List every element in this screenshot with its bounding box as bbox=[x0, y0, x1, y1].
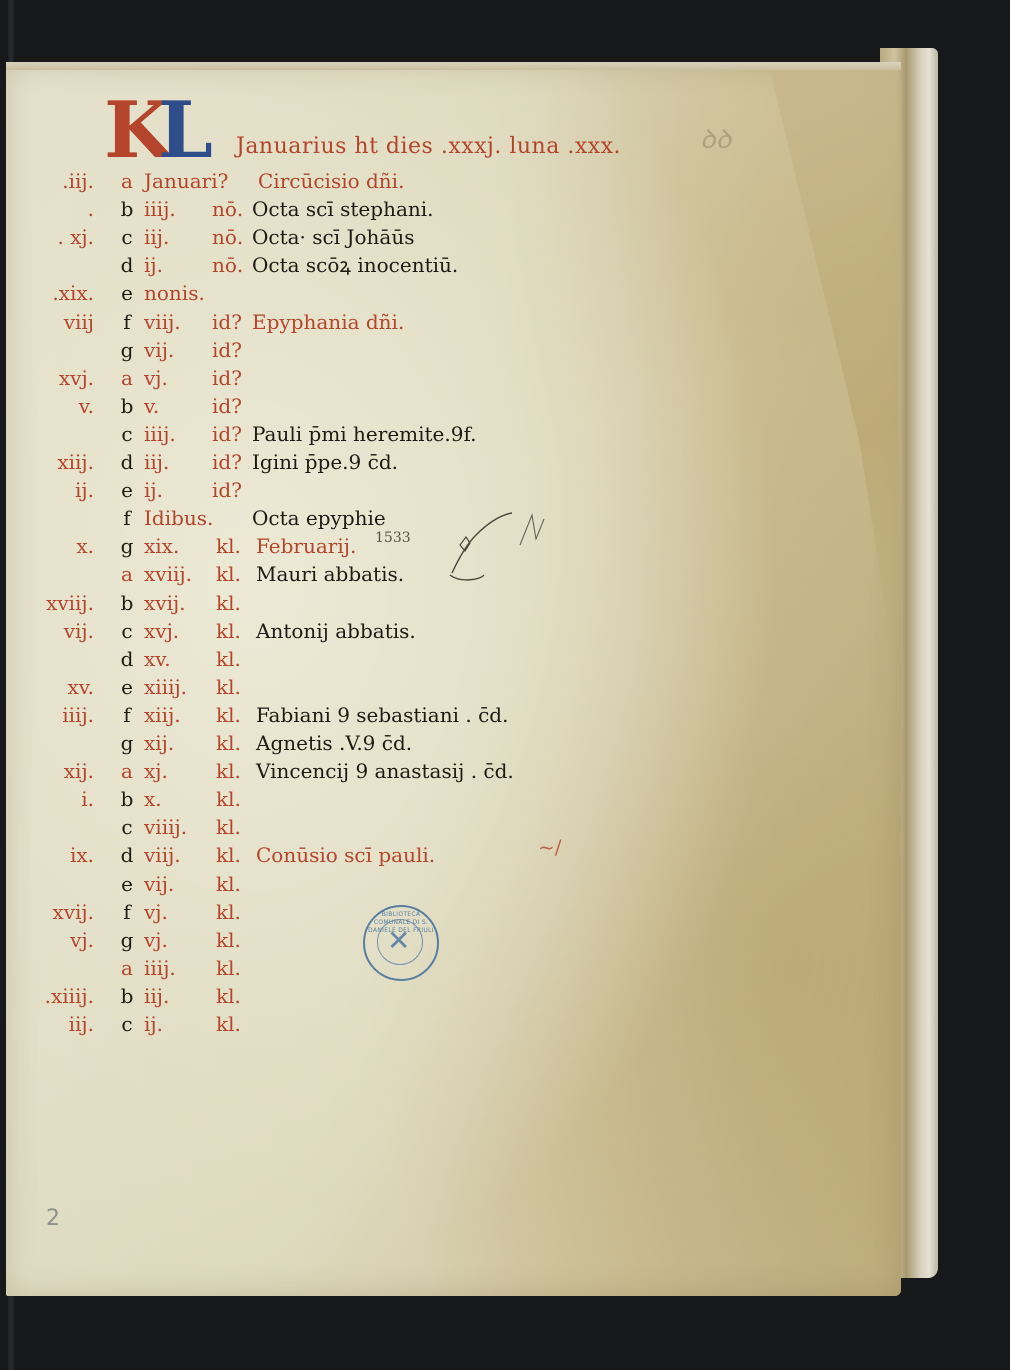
reckoning-term: nō. bbox=[212, 223, 243, 251]
margin-note-date: 1533 bbox=[375, 530, 411, 546]
golden-number: xvj. bbox=[20, 364, 94, 392]
feast-entry: Antonij abbatis. bbox=[256, 617, 416, 645]
golden-number: xv. bbox=[20, 673, 94, 701]
dominical-letter: d bbox=[118, 448, 136, 476]
roman-day: xiiij. bbox=[144, 673, 187, 701]
golden-number: iiij. bbox=[20, 701, 94, 729]
roman-day: xv. bbox=[144, 645, 171, 673]
roman-day: ij. bbox=[144, 251, 163, 279]
roman-day: xviij. bbox=[144, 560, 192, 588]
roman-day: vj. bbox=[144, 364, 168, 392]
reckoning-term: kl. bbox=[216, 1010, 241, 1038]
calendar-row: . xj.ciij.nō.Octa· scī Johāūs bbox=[0, 223, 700, 251]
calendar-row: gvij.id? bbox=[0, 336, 700, 364]
reckoning-term: id? bbox=[212, 392, 242, 420]
reckoning-term: kl. bbox=[216, 954, 241, 982]
dominical-letter: b bbox=[118, 195, 136, 223]
reckoning-term: kl. bbox=[216, 982, 241, 1010]
golden-number: viij bbox=[20, 308, 94, 336]
dominical-letter: e bbox=[118, 476, 136, 504]
roman-day: iiij. bbox=[144, 195, 176, 223]
reckoning-term: id? bbox=[212, 476, 242, 504]
calendar-row: ix.dviij.kl.Conūsio scī pauli. bbox=[0, 841, 700, 869]
dominical-letter: b bbox=[118, 392, 136, 420]
calendar-row: dxv.kl. bbox=[0, 645, 700, 673]
calendar-row: ciiij.id?Pauli p̄mi heremite.9f. bbox=[0, 420, 700, 448]
dominical-letter: a bbox=[118, 364, 136, 392]
roman-day: iij. bbox=[144, 223, 169, 251]
reckoning-term: id? bbox=[212, 364, 242, 392]
calendar-row: .xiiij.biij.kl. bbox=[0, 982, 700, 1010]
reckoning-term: id? bbox=[212, 448, 242, 476]
reckoning-term: kl. bbox=[216, 589, 241, 617]
roman-day: vij. bbox=[144, 336, 174, 364]
dominical-letter: c bbox=[118, 420, 136, 448]
dominical-letter: d bbox=[118, 645, 136, 673]
golden-number: .xix. bbox=[20, 279, 94, 307]
dominical-letter: b bbox=[118, 785, 136, 813]
calendar-row: evij.kl. bbox=[0, 870, 700, 898]
golden-number: i. bbox=[20, 785, 94, 813]
month-heading: Januarius ht dies .xxxj. luna .xxx. bbox=[236, 134, 621, 159]
calendar-row: cviiij.kl. bbox=[0, 813, 700, 841]
golden-number: xviij. bbox=[20, 589, 94, 617]
reckoning-term: kl. bbox=[216, 926, 241, 954]
dominical-letter: f bbox=[118, 701, 136, 729]
calendar-row: viijfviij.id?Epyphania dñi. bbox=[0, 308, 700, 336]
golden-number: .iij. bbox=[20, 167, 94, 195]
calendar-row: xij.axj.kl.Vincencij 9 anastasij . c̄d. bbox=[0, 757, 700, 785]
golden-number: ij. bbox=[20, 476, 94, 504]
dominical-letter: a bbox=[118, 560, 136, 588]
calendar-row: iiij.fxiij.kl.Fabiani 9 sebastiani . c̄d… bbox=[0, 701, 700, 729]
feast-entry: Octa epyphie bbox=[252, 504, 386, 532]
roman-day: iij. bbox=[144, 448, 169, 476]
roman-day: v. bbox=[144, 392, 159, 420]
reckoning-term: kl. bbox=[216, 841, 241, 869]
dominical-letter: e bbox=[118, 673, 136, 701]
golden-number: v. bbox=[20, 392, 94, 420]
library-stamp: BIBLIOTECA COMUNALE DI S. DANIELE DEL FR… bbox=[363, 905, 439, 981]
roman-day: xj. bbox=[144, 757, 168, 785]
dominical-letter: a bbox=[118, 167, 136, 195]
golden-number: .xiiij. bbox=[20, 982, 94, 1010]
roman-day: iiij. bbox=[144, 420, 176, 448]
roman-day: vij. bbox=[144, 870, 174, 898]
red-margin-mark: ~/ bbox=[538, 835, 562, 859]
calendar-row: dij.nō.Octa scōꝝ inocentiū. bbox=[0, 251, 700, 279]
roman-day: viiij. bbox=[144, 813, 187, 841]
roman-day: Idibus. bbox=[144, 504, 213, 532]
golden-number: vij. bbox=[20, 617, 94, 645]
dominical-letter: f bbox=[118, 308, 136, 336]
dominical-letter: e bbox=[118, 870, 136, 898]
feast-entry: Agnetis .V.9 c̄d. bbox=[256, 729, 412, 757]
dominical-letter: g bbox=[118, 926, 136, 954]
roman-day: ij. bbox=[144, 1010, 163, 1038]
dominical-letter: g bbox=[118, 532, 136, 560]
calendar-row: ij.eij.id? bbox=[0, 476, 700, 504]
reckoning-term: kl. bbox=[216, 870, 241, 898]
dominical-letter: c bbox=[118, 813, 136, 841]
dominical-letter: a bbox=[118, 954, 136, 982]
dominical-letter: g bbox=[118, 336, 136, 364]
calendar-row: i.bx.kl. bbox=[0, 785, 700, 813]
calendar-row: gxij.kl.Agnetis .V.9 c̄d. bbox=[0, 729, 700, 757]
roman-day: x. bbox=[144, 785, 162, 813]
feast-entry: Conūsio scī pauli. bbox=[256, 841, 435, 869]
roman-day: ij. bbox=[144, 476, 163, 504]
reckoning-term: nō. bbox=[212, 251, 243, 279]
feast-entry: Epyphania dñi. bbox=[252, 308, 404, 336]
golden-number: x. bbox=[20, 532, 94, 560]
golden-number: . bbox=[20, 195, 94, 223]
calendar-row: v.bv.id? bbox=[0, 392, 700, 420]
pen-doodle-icon bbox=[440, 505, 550, 585]
feast-entry: Circūcisio dñi. bbox=[258, 167, 404, 195]
dominical-letter: b bbox=[118, 589, 136, 617]
reckoning-term: kl. bbox=[216, 560, 241, 588]
reckoning-term: kl. bbox=[216, 898, 241, 926]
dominical-letter: d bbox=[118, 251, 136, 279]
decorated-initial: K L bbox=[104, 92, 224, 170]
reckoning-term: kl. bbox=[216, 645, 241, 673]
dominical-letter: c bbox=[118, 223, 136, 251]
feast-entry: Octa· scī Johāūs bbox=[252, 223, 415, 251]
calendar-row: fIdibus.Octa epyphie bbox=[0, 504, 700, 532]
dominical-letter: c bbox=[118, 1010, 136, 1038]
reckoning-term: kl. bbox=[216, 729, 241, 757]
folio-number: 2 bbox=[46, 1206, 60, 1231]
feast-entry: Mauri abbatis. bbox=[256, 560, 404, 588]
dominical-letter: a bbox=[118, 757, 136, 785]
dominical-letter: c bbox=[118, 617, 136, 645]
roman-day: iiij. bbox=[144, 954, 176, 982]
golden-number: xvij. bbox=[20, 898, 94, 926]
dominical-letter: g bbox=[118, 729, 136, 757]
calendar-row: vij.cxvj.kl.Antonij abbatis. bbox=[0, 617, 700, 645]
golden-number: . xj. bbox=[20, 223, 94, 251]
feast-entry: Vincencij 9 anastasij . c̄d. bbox=[256, 757, 514, 785]
calendar-row: xvij.fvj.kl. bbox=[0, 898, 700, 926]
roman-day: xiij. bbox=[144, 701, 181, 729]
reckoning-term: kl. bbox=[216, 701, 241, 729]
calendar-row: xvj.avj.id? bbox=[0, 364, 700, 392]
roman-day: xvj. bbox=[144, 617, 179, 645]
roman-day: iij. bbox=[144, 982, 169, 1010]
reckoning-term: kl. bbox=[216, 785, 241, 813]
calendar-row: iij.cij.kl. bbox=[0, 1010, 700, 1038]
reckoning-term: kl. bbox=[216, 673, 241, 701]
reckoning-term: kl. bbox=[216, 813, 241, 841]
roman-day: viij. bbox=[144, 308, 181, 336]
feast-entry: Februarij. bbox=[256, 532, 356, 560]
reckoning-term: kl. bbox=[216, 617, 241, 645]
golden-number: iij. bbox=[20, 1010, 94, 1038]
roman-day: xij. bbox=[144, 729, 174, 757]
feast-entry: Octa scī stephani. bbox=[252, 195, 434, 223]
golden-number: ix. bbox=[20, 841, 94, 869]
faint-pencil-mark: ꝺꝺ bbox=[700, 120, 731, 156]
roman-day: xix. bbox=[144, 532, 179, 560]
reckoning-term: id? bbox=[212, 336, 242, 364]
calendar-row: xiij.diij.id?Igini p̄pe.9 c̄d. bbox=[0, 448, 700, 476]
roman-day: nonis. bbox=[144, 279, 205, 307]
dominical-letter: d bbox=[118, 841, 136, 869]
roman-day: vj. bbox=[144, 898, 168, 926]
feast-entry: Pauli p̄mi heremite.9f. bbox=[252, 420, 477, 448]
calendar-row: aiiij.kl. bbox=[0, 954, 700, 982]
feast-entry: Igini p̄pe.9 c̄d. bbox=[252, 448, 398, 476]
calendar-row: .xix.enonis. bbox=[0, 279, 700, 307]
reckoning-term: nō. bbox=[212, 195, 243, 223]
dominical-letter: e bbox=[118, 279, 136, 307]
dominical-letter: f bbox=[118, 898, 136, 926]
calendar-row: vj.gvj.kl. bbox=[0, 926, 700, 954]
calendar-row: .iij.aJanuari?Circūcisio dñi. bbox=[0, 167, 700, 195]
reckoning-term: kl. bbox=[216, 757, 241, 785]
calendar-row: x.gxix.kl.Februarij. bbox=[0, 532, 700, 560]
golden-number: vj. bbox=[20, 926, 94, 954]
calendar-row: .biiij.nō.Octa scī stephani. bbox=[0, 195, 700, 223]
golden-number: xij. bbox=[20, 757, 94, 785]
roman-day: vj. bbox=[144, 926, 168, 954]
roman-day: xvij. bbox=[144, 589, 186, 617]
calendar-row: axviij.kl.Mauri abbatis. bbox=[0, 560, 700, 588]
feast-entry: Octa scōꝝ inocentiū. bbox=[252, 251, 458, 279]
page-top-edge bbox=[6, 62, 901, 70]
feast-entry: Fabiani 9 sebastiani . c̄d. bbox=[256, 701, 508, 729]
roman-day: Januari? bbox=[144, 167, 228, 195]
reckoning-term: id? bbox=[212, 308, 242, 336]
calendar-row: xv.exiiij.kl. bbox=[0, 673, 700, 701]
crossed-keys-icon: ✕ bbox=[387, 923, 410, 959]
calendar-row: xviij.bxvij.kl. bbox=[0, 589, 700, 617]
dominical-letter: b bbox=[118, 982, 136, 1010]
roman-day: viij. bbox=[144, 841, 181, 869]
reckoning-term: kl. bbox=[216, 532, 241, 560]
dominical-letter: f bbox=[118, 504, 136, 532]
reckoning-term: id? bbox=[212, 420, 242, 448]
initial-letter-blue: L bbox=[158, 92, 213, 170]
golden-number: xiij. bbox=[20, 448, 94, 476]
